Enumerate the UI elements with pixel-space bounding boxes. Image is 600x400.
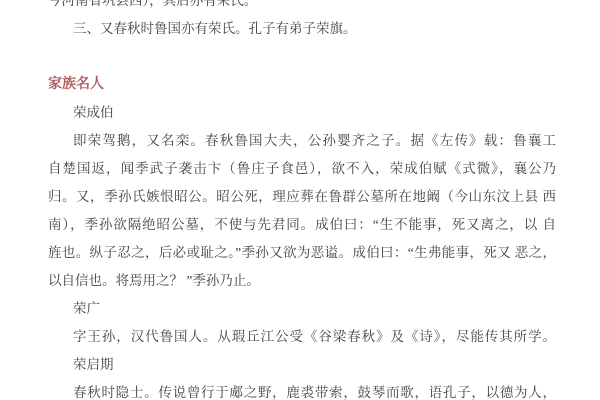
paragraph-line: 以自信也。将焉用之？ ”季孙乃止。 — [48, 267, 556, 295]
clipped-top-line: 今河南省巩县西），其后亦有荣氏。 — [48, 0, 556, 15]
paragraph-line: 归。又，季孙氏嫉恨昭公。昭公死，理应葬在鲁群公墓所在地阚（今山东汶上县 西 — [48, 183, 556, 211]
paragraph-line: 自楚国返，闻季武子袭击卞（鲁庄子食邑），欲不入，荣成伯赋《式微》，襄公乃 — [48, 155, 556, 183]
paragraph-line: 旌也。纵子忍之，后必或耻之。”季孙又欲为恶谥。成伯曰：“生弗能事，死又 恶之， — [48, 239, 556, 267]
paragraph-line: 即荣驾鹅，又名栾。春秋鲁国大夫，公孙婴齐之子。据《左传》载：鲁襄工 — [48, 127, 556, 155]
blank-line — [48, 43, 556, 71]
paragraph-line: 春秋时隐士。传说曾行于郕之野，鹿裘带索，鼓琴而歌，语孔子，以德为人， — [48, 379, 556, 400]
paragraph-line: 南），季孙欲隔绝昭公墓，不使与先君同。成伯曰：“生不能事，死又离之，以 自 — [48, 211, 556, 239]
section-heading: 家族名人 — [48, 71, 556, 99]
document-content: 今河南省巩县西），其后亦有荣氏。 三、又春秋时鲁国亦有荣氏。孔子有弟子荣旗。 家… — [48, 0, 556, 400]
paragraph-line: 字王孙，汉代鲁国人。从瑕丘江公受《谷梁春秋》及《诗》，尽能传其所学。 — [48, 323, 556, 351]
intro-line: 三、又春秋时鲁国亦有荣氏。孔子有弟子荣旗。 — [48, 15, 556, 43]
entry-title-rong-guang: 荣广 — [48, 295, 556, 323]
document-page: 今河南省巩县西），其后亦有荣氏。 三、又春秋时鲁国亦有荣氏。孔子有弟子荣旗。 家… — [0, 0, 600, 400]
entry-title-rong-chengbo: 荣成伯 — [48, 99, 556, 127]
entry-title-rong-qiqi: 荣启期 — [48, 351, 556, 379]
